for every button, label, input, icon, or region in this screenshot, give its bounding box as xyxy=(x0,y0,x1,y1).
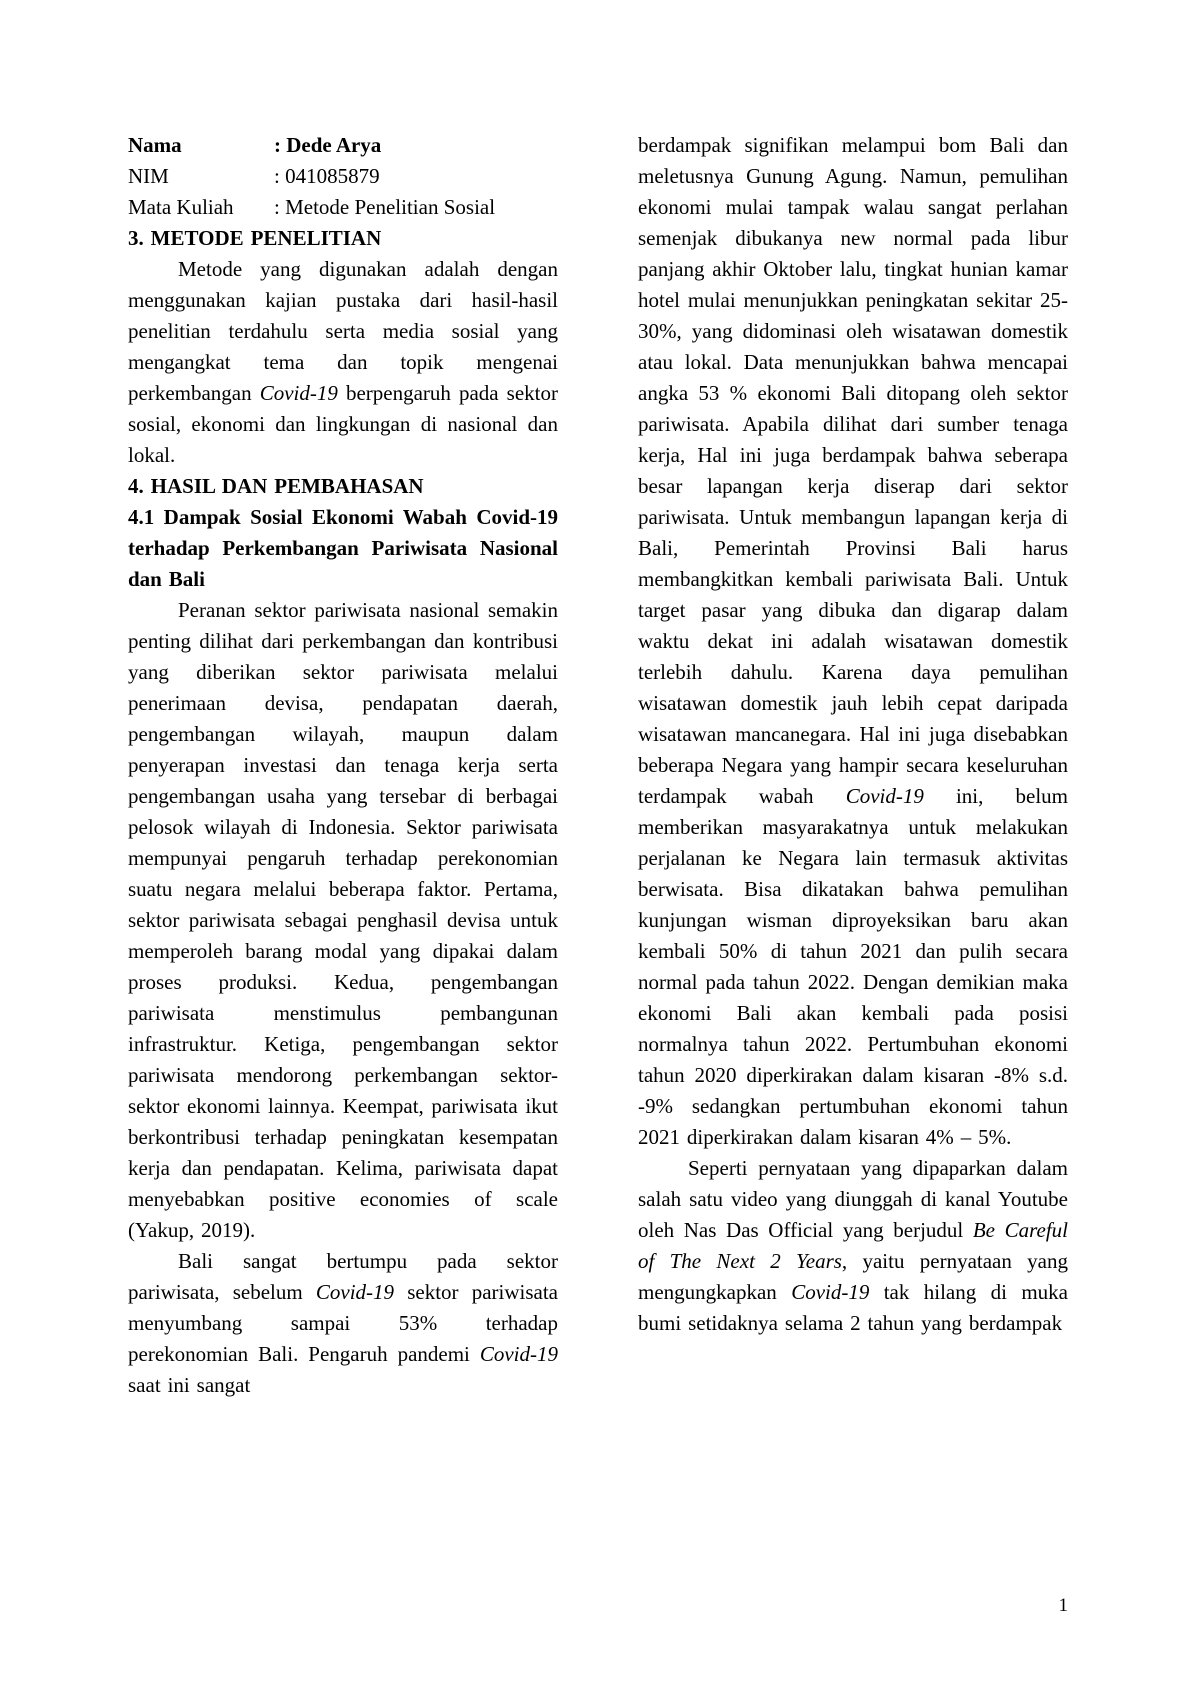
section-heading-hasil-pembahasan: 4. HASIL DAN PEMBAHASAN xyxy=(128,471,558,502)
student-info-block: Nama : Dede Arya NIM : 041085879 Mata Ku… xyxy=(128,130,558,223)
info-value: : Metode Penelitian Sosial xyxy=(274,192,495,223)
info-value: : 041085879 xyxy=(274,161,380,192)
right-column: berdampak signifikan melampui bom Bali d… xyxy=(638,130,1068,1401)
student-info-row-nama: Nama : Dede Arya xyxy=(128,130,558,161)
paragraph-peranan-sektor: Peranan sektor pariwisata nasional semak… xyxy=(128,595,558,1246)
student-info-row-nim: NIM : 041085879 xyxy=(128,161,558,192)
student-info-row-matakuliah: Mata Kuliah : Metode Penelitian Sosial xyxy=(128,192,558,223)
section-heading-metode-penelitian: 3. METODE PENELITIAN xyxy=(128,223,558,254)
left-column: Nama : Dede Arya NIM : 041085879 Mata Ku… xyxy=(128,130,558,1401)
paragraph-bali-bertumpu: Bali sangat bertumpu pada sektor pariwis… xyxy=(128,1246,558,1401)
paragraph-berdampak-continuation: berdampak signifikan melampui bom Bali d… xyxy=(638,130,1068,1153)
info-value: : Dede Arya xyxy=(274,130,381,161)
page-content: Nama : Dede Arya NIM : 041085879 Mata Ku… xyxy=(128,130,1068,1401)
subsection-heading-dampak-sosial: 4.1 Dampak Sosial Ekonomi Wabah Covid-19… xyxy=(128,502,558,595)
paragraph-metode: Metode yang digunakan adalah dengan meng… xyxy=(128,254,558,471)
page-number: 1 xyxy=(1059,1594,1069,1618)
info-label: Mata Kuliah xyxy=(128,192,274,223)
document-page: Nama : Dede Arya NIM : 041085879 Mata Ku… xyxy=(0,0,1200,1698)
info-label: Nama xyxy=(128,130,274,161)
info-label: NIM xyxy=(128,161,274,192)
paragraph-seperti-pernyataan: Seperti pernyataan yang dipaparkan dalam… xyxy=(638,1153,1068,1339)
